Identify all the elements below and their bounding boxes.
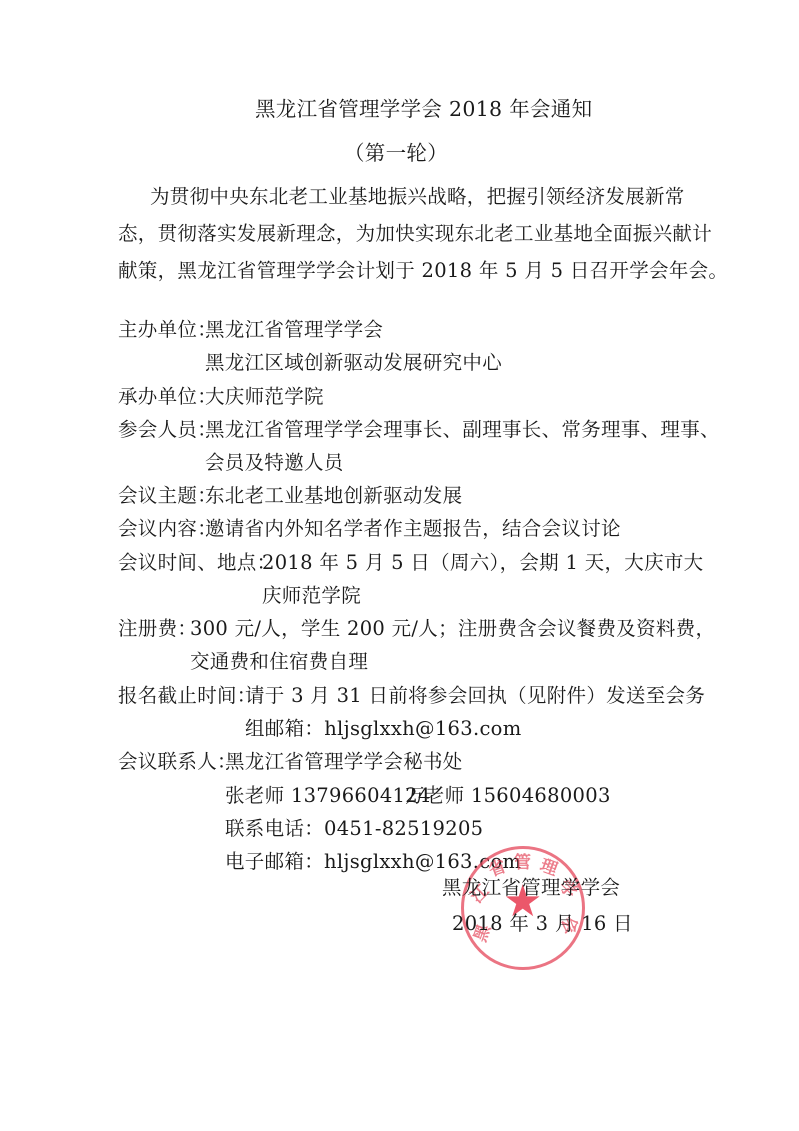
intro-line: 为贯彻中央东北老工业基地振兴战略，把握引领经济发展新常 [150,185,685,209]
field-value: 黑龙江省管理学学会理事长、副理事长、常务理事、理事、 [205,418,720,442]
field-value: 大庆师范学院 [205,385,324,409]
field-value: 2018 年 5 月 5 日（周六），会期 1 天，大庆市大 [262,551,704,575]
signature-org: 黑龙江省管理学学会 [442,876,620,900]
stamp-char: 管 [514,848,531,873]
field-label: 报名截止时间： [118,684,257,708]
signature-date: 2018 年 3 月 16 日 [452,912,633,936]
field-label: 会议时间、地点： [118,551,276,575]
document-title: 黑龙江省管理学学会 2018 年会通知 [255,97,592,121]
field-label: 会议联系人： [118,750,237,774]
field-label: 会议主题： [118,484,217,508]
field-value: 东北老工业基地创新驱动发展 [205,484,462,508]
document-subtitle: （第一轮） [344,141,448,165]
field-label: 注册费： [118,617,197,641]
field-value: 黑龙江省管理学学会秘书处 [225,750,463,774]
field-label: 会议内容： [118,517,217,541]
contact-phone: 联系电话：0451-82519205 [225,817,483,841]
field-value: 黑龙江省管理学学会 [205,318,383,342]
field-value: 组邮箱：hljsglxxh@163.com [245,717,522,741]
contact-person-zhang: 张老师 13796604124 [225,784,431,808]
field-value: 交通费和住宿费自理 [190,650,368,674]
intro-line: 献策，黑龙江省管理学学会计划于 2018 年 5 月 5 日召开学会年会。 [118,259,728,283]
contact-person-wan: 万老师 15604680003 [405,784,611,808]
field-value: 300 元/人，学生 200 元/人；注册费含会议餐费及资料费， [190,617,715,641]
field-label: 承办单位： [118,385,217,409]
intro-line: 态，贯彻落实发展新理念，为加快实现东北老工业基地全面振兴献计 [118,222,712,246]
field-value: 庆师范学院 [262,584,361,608]
field-value: 请于 3 月 31 日前将参会回执（见附件）发送至会务 [245,684,705,708]
field-value: 邀请省内外知名学者作主题报告，结合会议讨论 [205,517,621,541]
field-label: 主办单位： [118,318,217,342]
field-label: 参会人员： [118,418,217,442]
field-value: 黑龙江区域创新驱动发展研究中心 [205,351,502,375]
field-value: 会员及特邀人员 [205,451,344,475]
